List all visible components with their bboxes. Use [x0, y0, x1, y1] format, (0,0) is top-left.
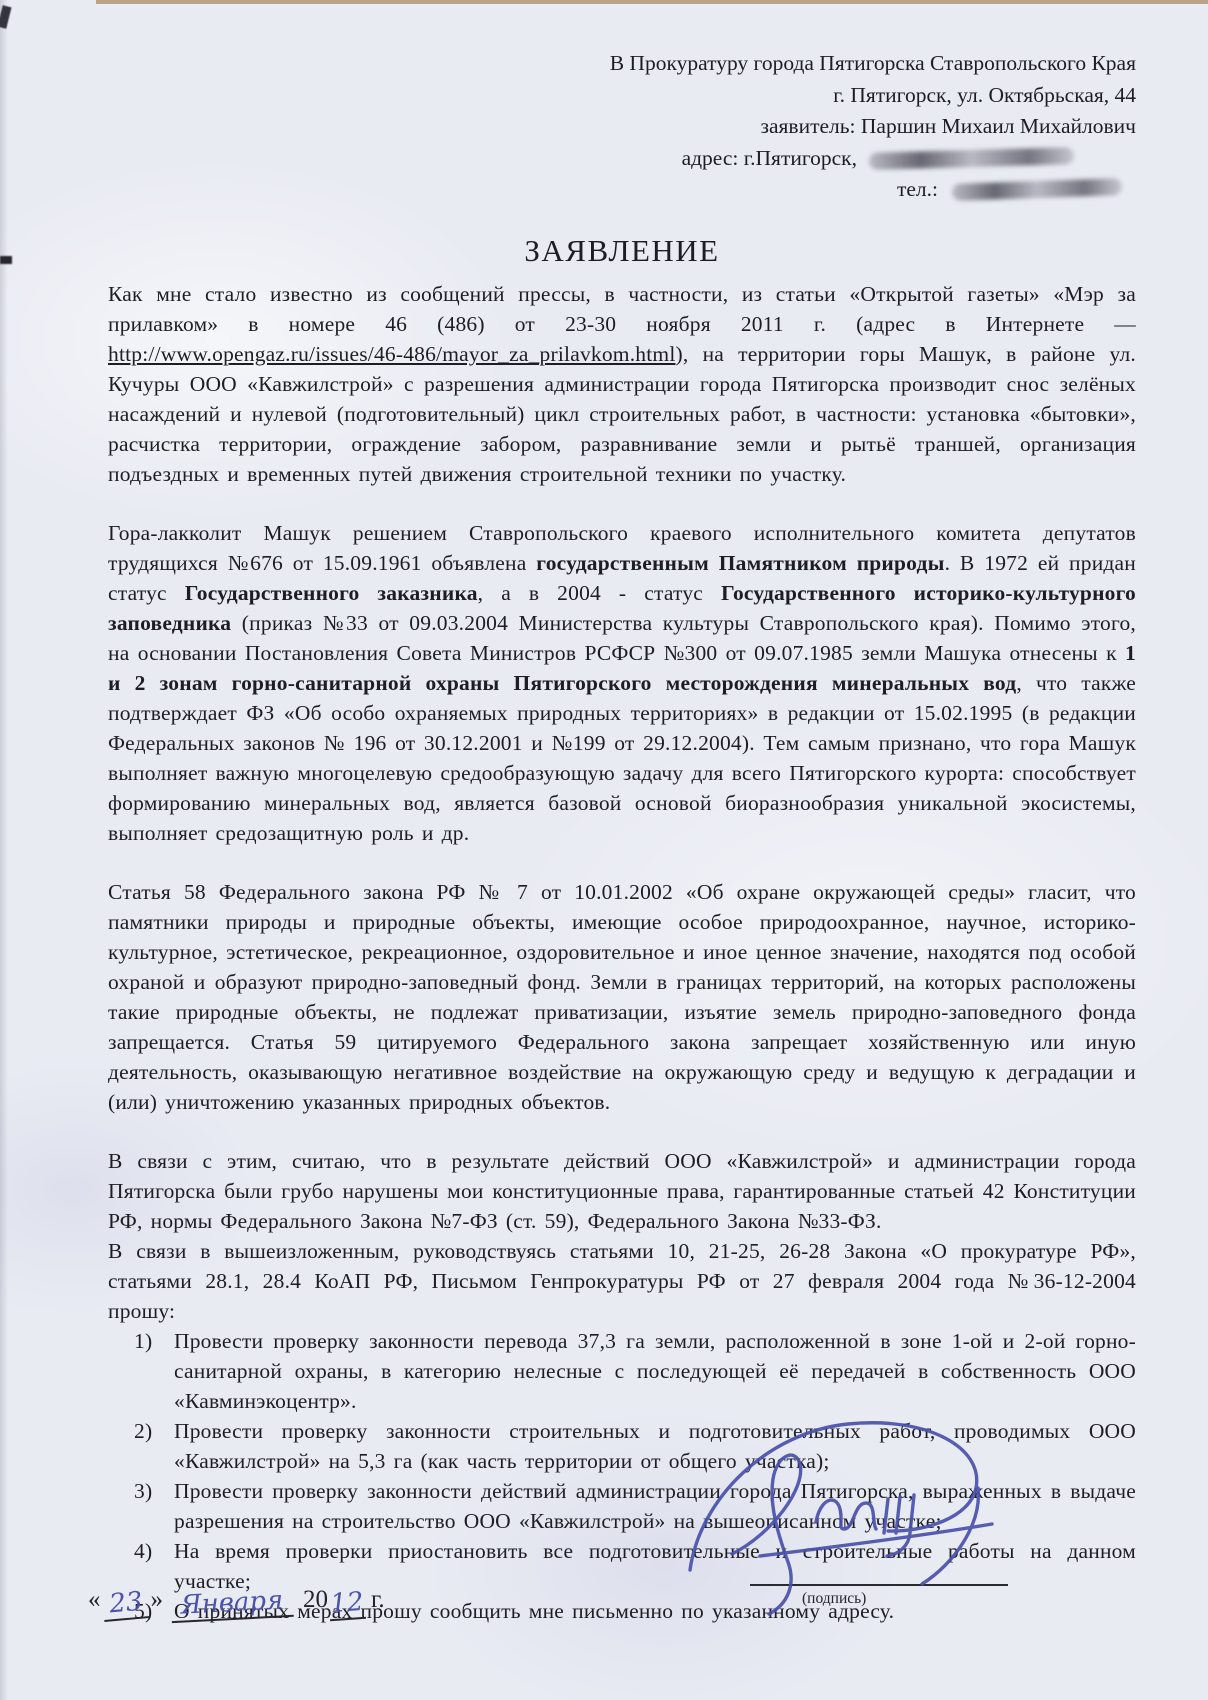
date-year-suffix: г.: [371, 1586, 385, 1613]
paragraph-press-report: Как мне стало известно из сообщений прес…: [108, 279, 1136, 489]
handwritten-month: Января: [170, 1585, 294, 1623]
document-title: ЗАЯВЛЕНИЕ: [108, 233, 1136, 269]
applicant-address-line: адрес: г.Пятигорск,: [108, 143, 1136, 175]
signature-handwriting: [672, 1402, 1072, 1632]
item-number: 3): [108, 1476, 174, 1536]
paragraph-mashuk-status: Гора-лакколит Машук решением Ставропольс…: [108, 518, 1136, 848]
redacted-address: [869, 147, 1074, 170]
date-year-printed: 20: [303, 1586, 328, 1613]
date-line: «23»Января2012г.: [88, 1586, 385, 1620]
paragraph-law-58-59: Статья 58 Федерального закона РФ № 7 от …: [108, 877, 1136, 1117]
signature-block: (подпись): [672, 1402, 1072, 1632]
handwritten-day: 23: [101, 1586, 150, 1622]
address-label: адрес: г.Пятигорск,: [682, 146, 857, 170]
item-number: 1): [108, 1326, 174, 1416]
handwritten-year: 12: [328, 1587, 366, 1621]
applicant-line: заявитель: Паршин Михаил Михайлович: [108, 111, 1136, 143]
redacted-phone: [952, 178, 1122, 201]
date-quote-open: «: [88, 1586, 101, 1613]
header-block: В Прокуратуру города Пятигорска Ставропо…: [108, 48, 1136, 206]
paragraph-rights-violation: В связи с этим, считаю, что в результате…: [108, 1146, 1136, 1236]
item-number: 2): [108, 1416, 174, 1476]
phone-line: тел.:: [108, 174, 1136, 206]
paragraph-legal-basis: В связи в вышеизложенным, руководствуясь…: [108, 1236, 1136, 1326]
recipient-line: В Прокуратуру города Пятигорска Ставропо…: [108, 48, 1136, 80]
phone-label: тел.:: [897, 177, 938, 201]
date-quote-close: »: [151, 1586, 164, 1613]
prosecutor-address-line: г. Пятигорск, ул. Октябрьская, 44: [108, 80, 1136, 112]
